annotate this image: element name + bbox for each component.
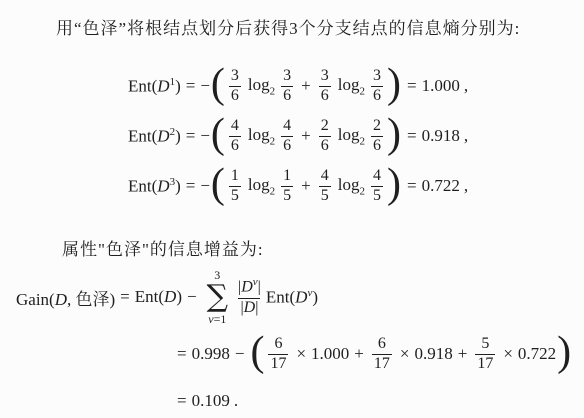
gain-line-result: = 0.109 . [172,388,584,414]
numerator: 3 [371,67,383,86]
fraction: 26 [319,117,331,156]
result-value: 0.918 [422,126,460,146]
ent-equation-1: Ent(D1) = − ( 36 log2 36 + 36 log2 36 ) … [128,61,584,111]
numerator: 3 [319,67,331,86]
equals-sign: = [177,391,187,411]
denominator: 6 [319,136,331,156]
ent-d-term: Ent(D) [135,287,182,307]
denominator: 6 [319,86,331,106]
log-base: 2 [270,135,276,147]
denominator: 17 [475,354,495,374]
ent-function-label: Ent(D2) [128,126,181,147]
denominator: 5 [281,186,293,206]
times-sign: × [296,344,306,364]
weight-fraction: 617 [372,335,392,374]
plus-sign: + [301,176,311,196]
result-value: 1.000 [422,76,460,96]
equals-sign: = [407,126,417,146]
log-base: 2 [270,85,276,97]
log-operator: log2 [248,75,275,97]
weight-fraction: 617 [268,335,288,374]
minus-sign: − [200,76,210,96]
numerator: 1 [281,167,293,186]
entropy-value: 1.000 [311,344,349,364]
open-paren: ( [211,113,225,155]
summation: 3 ∑ v=1 [207,267,228,328]
numerator: 4 [281,117,293,136]
gain-intro-paragraph: 属性"色泽"的信息增益为: [62,235,584,260]
times-sign: × [400,344,410,364]
log-operator: log2 [338,175,365,197]
denominator: 5 [319,186,331,206]
ent-dv-term: Ent(Dv) [266,287,318,308]
document-page: { "page": { "bg": "#fcfcfc", "ink": "#1f… [0,0,584,418]
entropy-value: 0.722 [518,344,556,364]
denominator: 17 [268,354,288,374]
numerator: 3 [281,67,293,86]
times-sign: × [503,344,513,364]
gain-line-definition: Gain(D, 色泽) = Ent(D) − 3 ∑ v=1 |Dv| |D| … [16,266,584,328]
denominator: 6 [229,86,241,106]
period: . [234,391,238,411]
close-paren: ) [557,331,571,373]
plus-sign: + [354,344,364,364]
close-paren: ) [387,63,401,105]
fraction: 26 [371,117,383,156]
fraction: 46 [229,117,241,156]
log-base: 2 [359,185,365,197]
numerator: 2 [371,117,383,136]
numerator: 4 [229,117,241,136]
equals-sign: = [186,76,196,96]
minus-sign: − [235,344,245,364]
gain-function-label: Gain(D, 色泽) [16,285,115,310]
fraction: 45 [319,167,331,206]
fraction: 36 [281,67,293,106]
denominator: 5 [371,186,383,206]
minus-sign: − [187,287,197,307]
equals-sign: = [407,76,417,96]
equals-sign: = [177,344,187,364]
minus-sign: − [200,126,210,146]
denominator: 6 [281,86,293,106]
log-operator: log2 [248,175,275,197]
comma: , [464,176,468,196]
fraction: 36 [229,67,241,106]
ent-equation-2: Ent(D2) = − ( 46 log2 46 + 26 log2 26 ) … [128,111,584,161]
minus-sign: − [200,176,210,196]
numerator: 6 [376,335,388,354]
denominator: 17 [372,354,392,374]
numerator: 4 [319,167,331,186]
log-base: 2 [359,135,365,147]
gain-equation: Gain(D, 色泽) = Ent(D) − 3 ∑ v=1 |Dv| |D| … [0,266,584,414]
fraction: 45 [371,167,383,206]
numerator: 4 [371,167,383,186]
fraction: 15 [281,167,293,206]
numerator: 2 [319,117,331,136]
intro-paragraph: 用“色泽”将根结点划分后获得3个分支结点的信息熵分别为: [56,14,584,39]
denominator: 5 [229,186,241,206]
sum-lower-limit: v=1 [208,313,226,325]
ent-function-label: Ent(D3) [128,176,181,197]
plus-sign: + [458,344,468,364]
denominator: |D| [238,298,260,318]
fraction: 36 [371,67,383,106]
log-operator: log2 [338,125,365,147]
fraction: 36 [319,67,331,106]
ent-function-label: Ent(D1) [128,76,181,97]
fraction: 46 [281,117,293,156]
plus-sign: + [301,76,311,96]
open-paren: ( [250,331,264,373]
equals-sign: = [186,126,196,146]
numerator: |Dv| [236,276,263,297]
plus-sign: + [301,126,311,146]
equals-sign: = [120,287,130,307]
log-operator: log2 [338,75,365,97]
log-base: 2 [270,185,276,197]
gain-line-substitution: = 0.998 − ( 617 × 1.000 + 617 × 0.918 + … [172,328,584,380]
denominator: 6 [281,136,293,156]
ratio-fraction: |Dv| |D| [236,276,263,317]
comma: , [464,126,468,146]
open-paren: ( [211,63,225,105]
final-gain-value: 0.109 [192,391,230,411]
log-base: 2 [359,85,365,97]
weight-fraction: 517 [475,335,495,374]
close-paren: ) [387,163,401,205]
numerator: 1 [229,167,241,186]
numerator: 6 [272,335,284,354]
comma: , [464,76,468,96]
close-paren: ) [387,113,401,155]
numerator: 3 [229,67,241,86]
equals-sign: = [407,176,417,196]
result-value: 0.722 [422,176,460,196]
entropy-value: 0.918 [414,344,452,364]
open-paren: ( [211,163,225,205]
equals-sign: = [186,176,196,196]
denominator: 6 [229,136,241,156]
sigma-symbol: ∑ [207,283,228,312]
ent-equation-3: Ent(D3) = − ( 15 log2 15 + 45 log2 45 ) … [128,161,584,211]
denominator: 6 [371,136,383,156]
log-operator: log2 [248,125,275,147]
numerator: 5 [479,335,491,354]
fraction: 15 [229,167,241,206]
denominator: 6 [371,86,383,106]
root-entropy-value: 0.998 [192,344,230,364]
entropy-equations: Ent(D1) = − ( 36 log2 36 + 36 log2 36 ) … [0,61,584,211]
